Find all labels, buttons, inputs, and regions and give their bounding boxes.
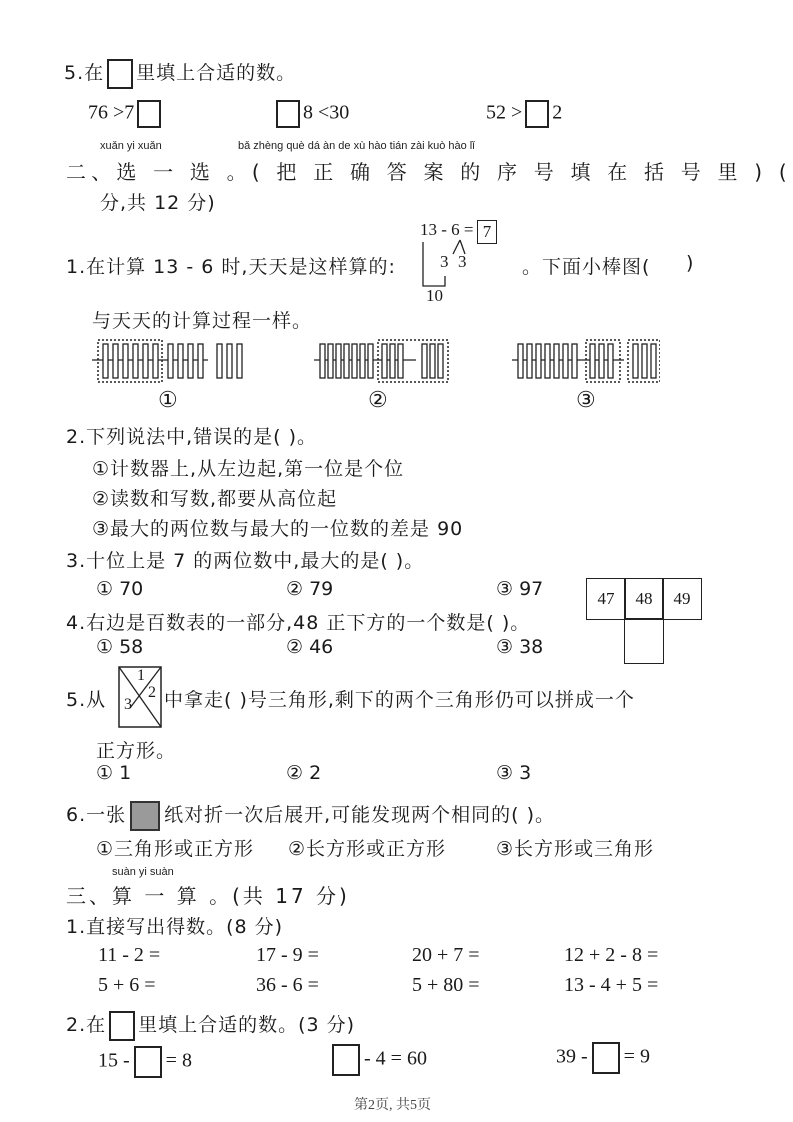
s2-q6-text-before: 6.一张	[66, 804, 126, 826]
q5-prompt: 5.在里填上合适的数。	[64, 58, 296, 89]
stick-option-3[interactable]: ③	[576, 388, 596, 413]
section3-pinyin: suàn yi suàn	[112, 866, 174, 878]
calc-2: 17 - 9 =	[256, 944, 319, 967]
q5-item-1-left: 76 >7	[88, 102, 134, 124]
fill-item-1-left: 15 -	[98, 1050, 130, 1072]
s2-q5-option-3: ③ 3	[496, 762, 531, 784]
section2-pinyin-left: xuǎn yi xuǎn	[100, 140, 162, 152]
s2-q3-option-2: ② 79	[286, 578, 333, 600]
answer-box[interactable]	[137, 100, 161, 128]
q5-label: 5.在	[64, 62, 104, 84]
s3-q2-label-after: 里填上合适的数。(3 分)	[138, 1014, 355, 1036]
s2-q5-option-2: ② 2	[286, 762, 321, 784]
stick-figure-3[interactable]	[510, 336, 660, 388]
stick-figure-1[interactable]	[90, 336, 250, 388]
s2-q5-option-1: ① 1	[96, 762, 131, 784]
s2-q2-option-3: ③最大的两位数与最大的一位数的差是 90	[92, 514, 463, 541]
answer-box[interactable]	[592, 1042, 620, 1074]
s2-q2-option-1: ①计数器上,从左边起,第一位是个位	[92, 454, 404, 481]
diagram-bottom: 10	[426, 286, 443, 306]
fill-item-1-right: = 8	[166, 1050, 192, 1072]
q5-item-3-left: 52 >	[486, 102, 522, 124]
s2-q6-option-1: ①三角形或正方形	[96, 834, 254, 861]
calc-4: 12 + 2 - 8 =	[564, 944, 658, 967]
fill-item-3-left: 39 -	[556, 1046, 588, 1068]
hundred-chart-fragment: 47 48 49	[586, 578, 702, 664]
s2-q1-text-after: 。下面小棒图(	[522, 252, 650, 279]
calc-5: 5 + 6 =	[98, 974, 156, 997]
s2-q6-option-3: ③长方形或三角形	[496, 834, 654, 861]
fill-item-3: 39 -= 9	[556, 1042, 650, 1074]
chart-cell-49: 49	[662, 578, 702, 620]
page-footer: 第2页, 共5页	[354, 1094, 431, 1114]
s2-q6-option-2: ②长方形或正方形	[288, 834, 446, 861]
fill-box-icon	[107, 59, 133, 89]
section2-pinyin-right: bǎ zhèng què dá àn de xù hào tián zài ku…	[238, 140, 475, 152]
s2-q4-text: 4.右边是百数表的一部分,48 正下方的一个数是( )。	[66, 608, 530, 635]
q5-item-2: 8 <30	[276, 100, 349, 128]
answer-box[interactable]	[525, 100, 549, 128]
s3-q1-text: 1.直接写出得数。(8 分)	[66, 912, 283, 939]
calc-7: 5 + 80 =	[412, 974, 480, 997]
s2-q5-text-after: 中拿走( )号三角形,剩下的两个三角形仍可以拼成一个	[164, 685, 635, 712]
calc-6: 36 - 6 =	[256, 974, 319, 997]
s2-q3-option-1: ① 70	[96, 578, 143, 600]
section2-title: 二、选 一 选 。( 把 正 确 答 案 的 序 号 填 在 括 号 里 ) (…	[66, 156, 793, 185]
diagram-split-right: 3	[458, 252, 467, 272]
triangle-label-3: 3	[124, 696, 132, 714]
s2-q5-line2: 正方形。	[96, 736, 176, 763]
s2-q2-option-2: ②读数和写数,都要从高位起	[92, 484, 337, 511]
stick-figure-2[interactable]	[312, 336, 452, 388]
s2-q2-text: 2.下列说法中,错误的是( )。	[66, 422, 317, 449]
calc-1: 11 - 2 =	[98, 944, 160, 967]
stick-option-2[interactable]: ②	[368, 388, 388, 413]
fill-item-2-right: - 4 = 60	[364, 1048, 427, 1070]
chart-cell-47: 47	[586, 578, 626, 620]
s3-q2-label: 2.在	[66, 1014, 106, 1036]
fill-item-2: - 4 = 60	[332, 1044, 427, 1076]
q5-label-after: 里填上合适的数。	[136, 62, 296, 84]
chart-cell-blank[interactable]	[624, 618, 664, 664]
s2-q6-prompt: 6.一张纸对折一次后展开,可能发现两个相同的( )。	[66, 800, 555, 831]
chart-cell-48: 48	[624, 578, 664, 620]
s2-q3-option-3: ③ 97	[496, 578, 543, 600]
fill-item-1: 15 -= 8	[98, 1046, 192, 1078]
answer-box[interactable]	[332, 1044, 360, 1076]
grey-paper-square-icon	[130, 801, 160, 831]
calc-8: 13 - 4 + 5 =	[564, 974, 658, 997]
s2-q3-text: 3.十位上是 7 的两位数中,最大的是( )。	[66, 546, 424, 573]
s2-q1-close: )	[686, 252, 694, 274]
answer-box[interactable]	[276, 100, 300, 128]
q5-item-2-right: 8 <30	[303, 102, 349, 124]
stick-option-1[interactable]: ①	[158, 388, 178, 413]
q5-item-3: 52 >2	[486, 100, 562, 128]
s2-q4-option-2: ② 46	[286, 636, 333, 658]
s2-q5-text-before: 5.从	[66, 685, 106, 712]
q5-item-3-right: 2	[552, 102, 562, 124]
fill-box-icon	[109, 1011, 135, 1041]
triangle-label-1: 1	[137, 667, 145, 685]
s2-q1-line2: 与天天的计算过程一样。	[92, 306, 312, 333]
s2-q4-option-3: ③ 38	[496, 636, 543, 658]
section2-title-cont: 分,共 12 分)	[100, 188, 216, 215]
s2-q1-text: 1.在计算 13 - 6 时,天天是这样算的:	[66, 252, 396, 279]
diagram-split-left: 3	[440, 252, 449, 272]
s2-q6-text-after: 纸对折一次后展开,可能发现两个相同的( )。	[164, 804, 555, 826]
s2-q4-option-1: ① 58	[96, 636, 143, 658]
q5-item-1: 76 >7	[88, 100, 161, 128]
answer-box[interactable]	[134, 1046, 162, 1078]
calc-3: 20 + 7 =	[412, 944, 480, 967]
fill-item-3-right: = 9	[624, 1046, 650, 1068]
section3-title: 三、算 一 算 。(共 17 分)	[66, 880, 350, 909]
split-diagram: 13 - 6 = 7 3 3 10	[418, 220, 508, 310]
triangle-label-2: 2	[148, 684, 156, 702]
s3-q2-prompt: 2.在里填上合适的数。(3 分)	[66, 1010, 355, 1041]
